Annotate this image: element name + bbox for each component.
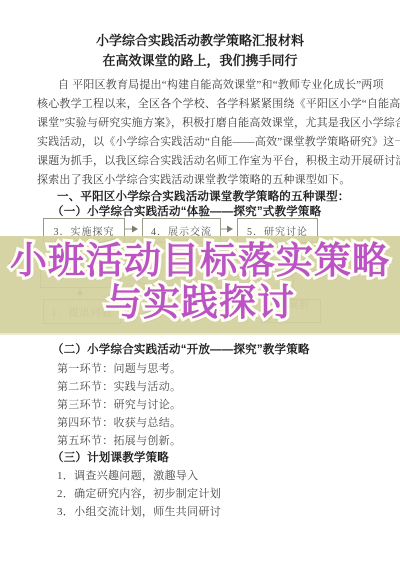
section3-item: 3．小组交流计划，师生共同研讨 (57, 503, 221, 519)
watermark-title: 小班活动目标落实策略 与实践探讨 (0, 240, 400, 324)
section2-item: 第五环节：拓展与创新。 (57, 432, 181, 448)
watermark-line2: 与实践探讨 (0, 282, 400, 324)
document-page: 小学综合实践活动教学策略汇报材料 在高效课堂的路上，我们携手同行 自 平阳区教育… (0, 0, 400, 566)
section2-item: 第二环节：实践与活动。 (57, 378, 181, 394)
section3-item: 2．确定研究内容，初步制定计划 (57, 485, 221, 501)
watermark-line1: 小班活动目标落实策略 (0, 240, 400, 282)
section2-item: 第三环节：研究与讨论。 (57, 396, 181, 412)
section3-item: 1．调查兴趣问题，激趣导入 (57, 467, 198, 483)
section2-item: 第四环节：收获与总结。 (57, 414, 181, 430)
section3-heading: （三）计划课教学策略 (52, 449, 169, 465)
section2-item: 第一环节：问题与思考。 (57, 360, 181, 376)
